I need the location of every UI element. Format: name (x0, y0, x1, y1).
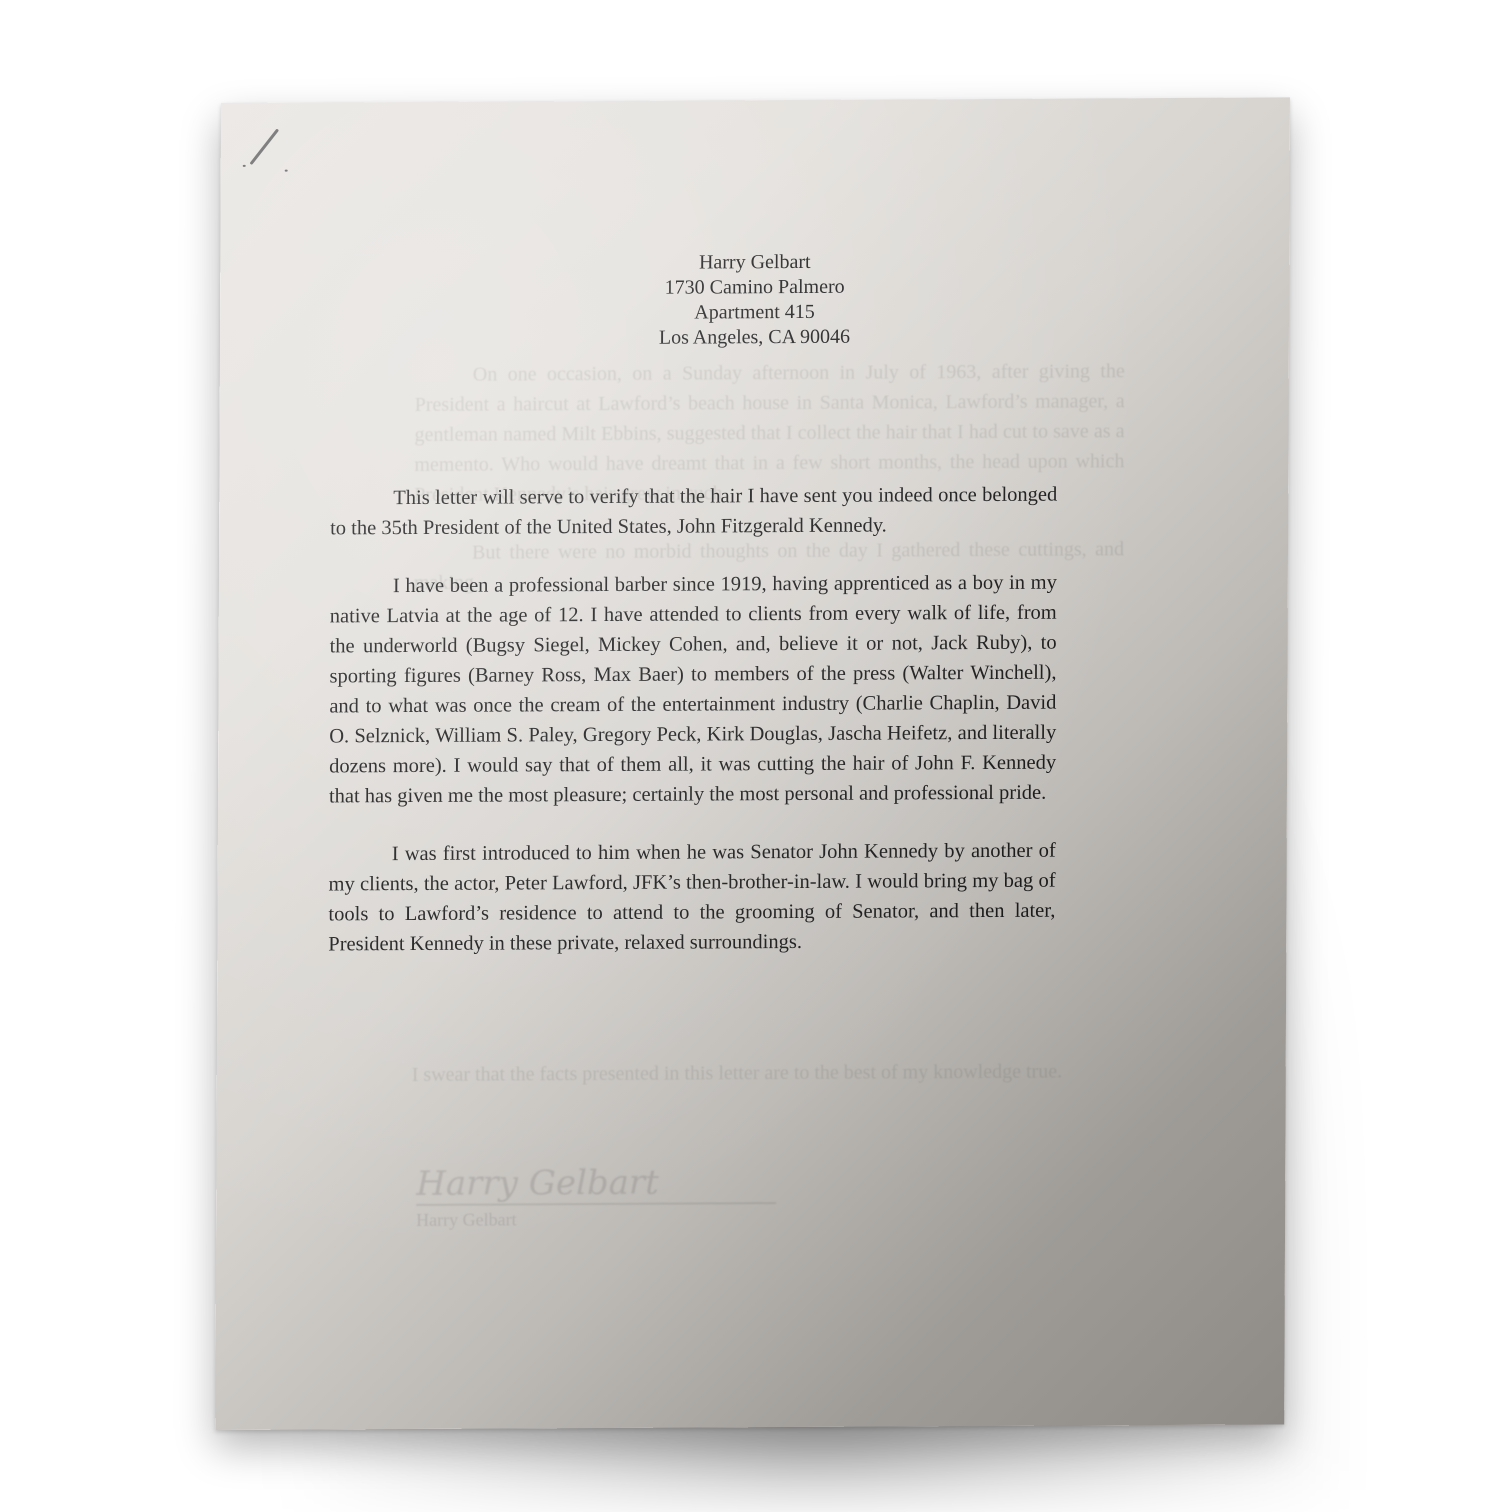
speck (285, 170, 288, 172)
paragraph-career: I have been a professional barber since … (329, 568, 1057, 812)
pencil-mark (250, 128, 280, 165)
paragraph-introduction: I was first introduced to him when he wa… (328, 836, 1056, 960)
bleed-through-signer-name: Harry Gelbart (416, 1209, 517, 1231)
paragraph-verification: This letter will serve to verify that th… (330, 480, 1057, 544)
photo-stage: On one occasion, on a Sunday afternoon i… (0, 0, 1512, 1512)
bleed-through-signature: Harry Gelbart (416, 1162, 776, 1206)
bleed-through-oath: I swear that the facts presented in this… (412, 1056, 1132, 1118)
letter-page: On one occasion, on a Sunday afternoon i… (215, 97, 1290, 1430)
letterhead: Harry Gelbart 1730 Camino Palmero Apartm… (220, 247, 1289, 353)
sender-city: Los Angeles, CA 90046 (220, 322, 1289, 353)
speck (243, 165, 246, 167)
letter-body: This letter will serve to verify that th… (328, 480, 1057, 988)
